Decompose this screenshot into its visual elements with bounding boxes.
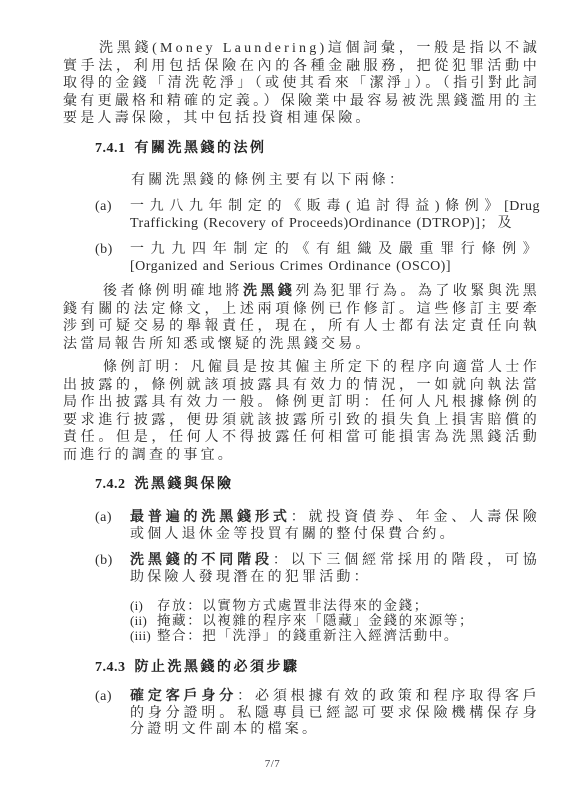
section-741-paragraph-1: 後者條例明確地將洗黑錢列為犯罪行為。為了收緊與洗黑錢有關的法定條文，上述兩項條例… [63, 283, 540, 353]
document-page: 洗黑錢(Money Laundering)這個詞彙，一般是指以不誠實手法，利用包… [0, 0, 565, 800]
bold-money-laundering-term: 洗黑錢 [243, 284, 295, 299]
list-item-743-a-text: 確定客戶身分：必須根據有效的政策和程序取得客戶的身分證明。私隱專員已經認可要求保… [130, 689, 540, 739]
list-item-742-a-bold-lead: 最普遍的洗黑錢形式 [130, 510, 291, 525]
list-item-741-b: (b) 一九九四年制定的《有組織及嚴重罪行條例》[Organized and S… [95, 242, 540, 275]
list-item-742-a-text: 最普遍的洗黑錢形式：就投資債券、年金、人壽保險或個人退休金等投買有關的整付保費合… [130, 510, 540, 543]
stage-item-placement-label: (i) [130, 598, 157, 613]
list-item-743-a-label: (a) [95, 689, 130, 739]
page-number: 7/7 [0, 758, 545, 770]
list-item-742-b-bold-lead: 洗黑錢的不同階段 [130, 553, 273, 568]
list-item-742-b-label: (b) [95, 553, 130, 643]
section-741-title: 有關洗黑錢的法例 [135, 141, 267, 156]
stage-item-layering-text: 掩藏：以複雜的程序來「隱藏」金錢的來源等； [157, 613, 540, 628]
list-item-741-a: (a) 一九八九年制定的《販毒(追討得益)條例》[Drug Traffickin… [95, 199, 540, 232]
list-item-741-a-label: (a) [95, 199, 130, 232]
stage-item-layering-label: (ii) [130, 613, 157, 628]
list-item-741-b-label: (b) [95, 242, 130, 275]
section-741-number: 7.4.1 [95, 141, 126, 156]
list-item-742-b-text: 洗黑錢的不同階段：以下三個經常採用的階段，可協助保險人發現潛在的犯罪活動： (i… [130, 553, 540, 643]
stage-item-integration: (iii) 整合：把「洗淨」的錢重新注入經濟活動中。 [130, 628, 540, 643]
list-item-741-b-text: 一九九四年制定的《有組織及嚴重罪行條例》[Organized and Serio… [130, 242, 540, 275]
laundering-stages-list: (i) 存放：以實物方式處置非法得來的金錢； (ii) 掩藏：以複雜的程序來「隱… [130, 598, 540, 643]
section-743-number: 7.4.3 [95, 660, 126, 675]
list-item-742-a: (a) 最普遍的洗黑錢形式：就投資債券、年金、人壽保險或個人退休金等投買有關的整… [95, 510, 540, 543]
section-743-title: 防止洗黑錢的必須步驟 [135, 660, 300, 675]
list-item-742-a-label: (a) [95, 510, 130, 543]
section-743-heading: 7.4.3防止洗黑錢的必須步驟 [95, 659, 540, 677]
section-741-heading: 7.4.1有關洗黑錢的法例 [95, 140, 540, 158]
section-741-paragraph-2: 條例訂明：凡僱員是按其僱主所定下的程序向適當人士作出披露的，條例就該項披露具有效… [63, 359, 540, 464]
list-item-743-a: (a) 確定客戶身分：必須根據有效的政策和程序取得客戶的身分證明。私隱專員已經認… [95, 689, 540, 739]
stage-item-placement-text: 存放：以實物方式處置非法得來的金錢； [157, 598, 540, 613]
section-742-number: 7.4.2 [95, 477, 126, 492]
list-item-741-b-english: [Organized and Serious Crimes Ordinance … [130, 259, 451, 274]
list-item-743-a-bold-lead: 確定客戶身分 [130, 689, 237, 704]
list-item-742-b: (b) 洗黑錢的不同階段：以下三個經常採用的階段，可協助保險人發現潛在的犯罪活動… [95, 553, 540, 643]
stage-item-placement: (i) 存放：以實物方式處置非法得來的金錢； [130, 598, 540, 613]
section-741-lead: 有關洗黑錢的條例主要有以下兩條： [95, 172, 540, 190]
section-742-title: 洗黑錢與保險 [135, 477, 234, 492]
stage-item-integration-label: (iii) [130, 628, 157, 643]
list-item-741-a-text: 一九八九年制定的《販毒(追討得益)條例》[Drug Trafficking (R… [130, 199, 540, 232]
section-742-heading: 7.4.2洗黑錢與保險 [95, 476, 540, 494]
stage-item-integration-text: 整合：把「洗淨」的錢重新注入經濟活動中。 [157, 628, 540, 643]
document-content: 洗黑錢(Money Laundering)這個詞彙，一般是指以不誠實手法，利用包… [0, 0, 565, 739]
stage-item-layering: (ii) 掩藏：以複雜的程序來「隱藏」金錢的來源等； [130, 613, 540, 628]
intro-paragraph: 洗黑錢(Money Laundering)這個詞彙，一般是指以不誠實手法，利用包… [63, 40, 540, 128]
